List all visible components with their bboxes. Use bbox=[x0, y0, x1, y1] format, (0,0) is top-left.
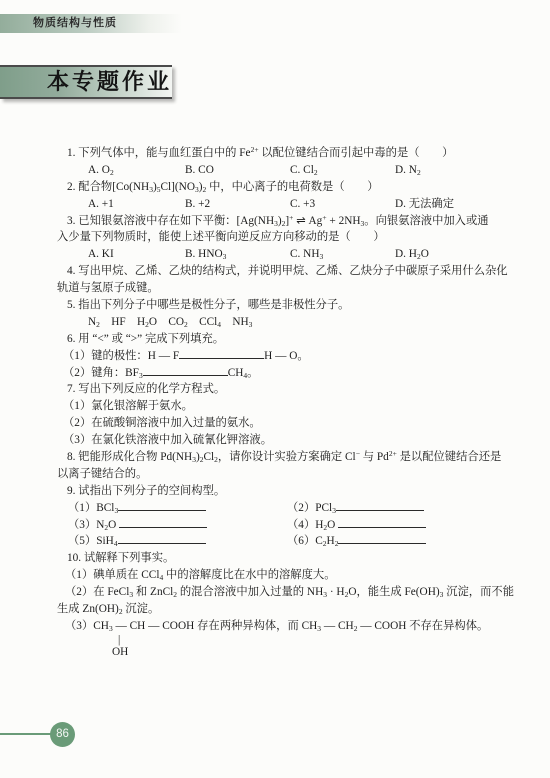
q10-structure-bond: | bbox=[57, 635, 517, 645]
text-segment: （2）PCl bbox=[287, 502, 332, 514]
superscript: 2+ bbox=[389, 449, 397, 458]
text-segment: H bbox=[327, 535, 335, 547]
q9-row1: （1）BCl3（2）PCl3 bbox=[57, 500, 517, 517]
q7-item1: （1）氯化银溶解于氨水。 bbox=[57, 398, 517, 415]
q10-item2b: 生成 Zn(OH)2 沉淀。 bbox=[57, 601, 517, 618]
text-segment: N bbox=[88, 316, 96, 328]
q9-line1: 9. 试指出下列分子的空间构型。 bbox=[57, 483, 517, 500]
text-segment: 中的溶解度比在水中的溶解度大。 bbox=[163, 569, 335, 581]
text-segment: B. HNO bbox=[185, 248, 223, 260]
text-segment: 以离子键结合的。 bbox=[57, 468, 147, 480]
text-segment: D. N bbox=[395, 164, 417, 176]
text-segment: — COOH 不存在异构体。 bbox=[357, 620, 488, 632]
page-number-badge: 86 bbox=[50, 722, 75, 747]
column-cell: D. 无法确定 bbox=[395, 196, 454, 213]
text-segment: （1）BCl bbox=[68, 502, 114, 514]
content-lines: 1. 下列气体中，能与血红蛋白中的 Fe2+ 以配位键结合而引起中毒的是（ ）A… bbox=[57, 145, 517, 659]
text-segment: ⇌ bbox=[296, 214, 305, 227]
q4-line1: 4. 写出甲烷、乙烯、乙炔的结构式，并说明甲烷、乙烯、乙炔分子中碳原子采用什么杂… bbox=[57, 263, 517, 280]
text-segment: 9. 试指出下列分子的空间构型。 bbox=[67, 485, 225, 497]
text-segment: （2）键角：BF bbox=[63, 367, 139, 379]
text-segment: A. KI bbox=[88, 248, 114, 260]
q8-line2: 以离子键结合的。 bbox=[57, 466, 517, 483]
text-segment: （1）氯化银溶解于氨水。 bbox=[63, 400, 193, 412]
text-segment: （5）SiH bbox=[68, 535, 114, 547]
text-segment: ，请你设计实验方案确定 Cl bbox=[218, 451, 356, 463]
q7-item2: （2）在硫酸铜溶液中加入过量的氨水。 bbox=[57, 415, 517, 432]
text-segment: （3）在氯化铁溶液中加入硫氰化钾溶液。 bbox=[63, 434, 272, 446]
q5-line1: 5. 指出下列分子中哪些是极性分子，哪些是非极性分子。 bbox=[57, 297, 517, 314]
text-segment: 与 Pd bbox=[360, 451, 389, 463]
text-segment: 轨道与氢原子成键。 bbox=[57, 282, 159, 294]
q3-options: A. KIB. HNO3C. NH3D. H2O bbox=[57, 246, 517, 263]
text-segment: 和 ZnCl bbox=[133, 586, 173, 598]
q6-item1: （1）键的极性：H — FH — O。 bbox=[57, 348, 517, 365]
q10-line1: 10. 试解释下列事实。 bbox=[57, 550, 517, 567]
text-segment: HF H bbox=[100, 316, 145, 328]
text-segment: NH bbox=[221, 316, 249, 328]
q10-structure-oh: OH bbox=[57, 645, 517, 659]
q8-line1: 8. 钯能形成化合物 Pd(NH3)2Cl2，请你设计实验方案确定 Cl− 与 … bbox=[57, 449, 517, 466]
column-cell: A. +1 bbox=[88, 196, 114, 213]
column-cell: B. CO bbox=[185, 162, 214, 179]
section-title: 本专题作业 bbox=[0, 67, 172, 96]
q5-formulas: N2 HF H2O CO2 CCl4 NH3 bbox=[57, 314, 517, 331]
text-segment: 7. 写出下列反应的化学方程式。 bbox=[67, 383, 225, 395]
text-segment: （2）在 FeCl bbox=[65, 586, 129, 598]
column-cell: B. +2 bbox=[185, 196, 210, 213]
text-segment: 。向银氨溶液中加入或通 bbox=[364, 215, 488, 227]
subscript: 2 bbox=[314, 168, 318, 177]
q3-line2: 入少量下列物质时，能使上述平衡向逆反应方向移动的是（ ） bbox=[57, 229, 517, 246]
column-cell: （5）SiH4 bbox=[68, 533, 206, 550]
fill-in-blank bbox=[118, 541, 206, 544]
column-cell: C. +3 bbox=[290, 196, 315, 213]
subscript: 2 bbox=[110, 168, 114, 177]
text-segment: H — O。 bbox=[264, 350, 309, 362]
text-segment: — CH — COOH 存在两种异构体，而 CH bbox=[113, 620, 318, 632]
q7-line1: 7. 写出下列反应的化学方程式。 bbox=[57, 381, 517, 398]
text-segment: D. 无法确定 bbox=[395, 198, 454, 210]
q1-options: A. O2B. COC. Cl2D. N2 bbox=[57, 162, 517, 179]
column-cell: （2）PCl3 bbox=[287, 500, 424, 517]
text-segment: A. O bbox=[88, 164, 110, 176]
superscript: 2+ bbox=[251, 145, 259, 154]
fill-in-blank bbox=[179, 356, 264, 359]
q1-line1: 1. 下列气体中，能与血红蛋白中的 Fe2+ 以配位键结合而引起中毒的是（ ） bbox=[57, 145, 517, 162]
text-segment: （3）CH bbox=[65, 620, 109, 632]
page: { "header": { "chapter": "物质结构与性质", "sec… bbox=[0, 0, 550, 778]
subscript: 2 bbox=[417, 168, 421, 177]
text-segment: 生成 Zn(OH) bbox=[57, 603, 119, 615]
text-segment: O，能生成 Fe(OH) bbox=[348, 586, 439, 598]
section-title-bar: 本专题作业 bbox=[0, 65, 172, 99]
column-cell: （4）H2O bbox=[287, 517, 426, 534]
text-segment: O bbox=[421, 248, 429, 260]
text-segment: 以配位键结合而引起中毒的是（ ） bbox=[259, 147, 454, 159]
text-segment: A. +1 bbox=[88, 198, 114, 210]
text-segment: 沉淀，而不能 bbox=[443, 586, 514, 598]
q10-item1: （1）碘单质在 CCl4 中的溶解度比在水中的溶解度大。 bbox=[57, 567, 517, 584]
text-segment: 5. 指出下列分子中哪些是极性分子，哪些是非极性分子。 bbox=[67, 299, 349, 311]
text-segment: B. +2 bbox=[185, 198, 210, 210]
fill-in-blank bbox=[118, 508, 206, 511]
q3-line1: 3. 已知银氨溶液中存在如下平衡：[Ag(NH3)2]+ ⇌ Ag+ + 2NH… bbox=[57, 213, 517, 230]
text-segment: — CH bbox=[321, 620, 354, 632]
text-segment: 2. 配合物[Co(NH bbox=[67, 181, 149, 193]
text-segment: B. CO bbox=[185, 164, 214, 176]
q7-item3: （3）在氯化铁溶液中加入硫氰化钾溶液。 bbox=[57, 432, 517, 449]
chapter-title: 物质结构与性质 bbox=[0, 14, 182, 33]
q6-line1: 6. 用 “<” 或 “>” 完成下列填充。 bbox=[57, 331, 517, 348]
column-cell: C. NH3 bbox=[290, 246, 323, 263]
text-segment: （4）H bbox=[287, 519, 323, 531]
text-segment: Ag bbox=[306, 215, 323, 227]
fill-in-blank bbox=[119, 525, 207, 528]
column-cell: （3）N2O bbox=[68, 517, 207, 534]
q6-item2: （2）键角：BF3CH4。 bbox=[57, 365, 517, 382]
text-segment: O bbox=[327, 519, 338, 531]
text-segment: Cl](NO bbox=[160, 181, 195, 193]
text-segment: 8. 钯能形成化合物 Pd(NH bbox=[67, 451, 192, 463]
column-cell: （6）C2H2 bbox=[287, 533, 426, 550]
text-segment: + 2NH bbox=[327, 215, 361, 227]
text-segment: 4. 写出甲烷、乙烯、乙炔的结构式，并说明甲烷、乙烯、乙炔分子中碳原子采用什么杂… bbox=[67, 265, 508, 277]
fill-in-blank bbox=[336, 508, 424, 511]
text-segment: （1）碘单质在 CCl bbox=[65, 569, 159, 581]
subscript: 3 bbox=[320, 252, 324, 261]
column-cell: （1）BCl3 bbox=[68, 500, 206, 517]
footer-rule-line bbox=[0, 733, 52, 735]
column-cell: D. N2 bbox=[395, 162, 421, 179]
text-segment: Cl bbox=[203, 451, 214, 463]
text-segment: 。 bbox=[247, 367, 258, 379]
fill-in-blank bbox=[338, 525, 426, 528]
chapter-header-bar: 物质结构与性质 bbox=[0, 14, 182, 33]
text-segment: CH bbox=[228, 367, 244, 379]
q9-row3: （5）SiH4（6）C2H2 bbox=[57, 533, 517, 550]
column-cell: C. Cl2 bbox=[290, 162, 318, 179]
text-segment: · H bbox=[327, 586, 345, 598]
text-segment: C. NH bbox=[290, 248, 320, 260]
q9-row2: （3）N2O （4）H2O bbox=[57, 517, 517, 534]
text-segment: 中，中心离子的电荷数是（ ） bbox=[206, 181, 378, 193]
text-segment: CCl bbox=[188, 316, 218, 328]
fill-in-blank bbox=[143, 373, 228, 376]
q10-item2a: （2）在 FeCl3 和 ZnCl2 的混合溶液中加入过量的 NH3 · H2O… bbox=[57, 584, 517, 601]
q2-line1: 2. 配合物[Co(NH3)5Cl](NO3)2 中，中心离子的电荷数是（ ） bbox=[57, 179, 517, 196]
text-segment: 1. 下列气体中，能与血红蛋白中的 Fe bbox=[67, 147, 251, 159]
text-segment: O bbox=[108, 519, 119, 531]
text-segment: 入少量下列物质时，能使上述平衡向逆反应方向移动的是（ ） bbox=[57, 231, 385, 243]
text-segment: （2）在硫酸铜溶液中加入过量的氨水。 bbox=[63, 417, 261, 429]
text-segment: 10. 试解释下列事实。 bbox=[67, 552, 174, 564]
text-segment: O CO bbox=[149, 316, 184, 328]
column-cell: A. O2 bbox=[88, 162, 114, 179]
text-segment: 6. 用 “<” 或 “>” 完成下列填充。 bbox=[67, 333, 224, 345]
text-segment: 沉淀。 bbox=[123, 603, 160, 615]
subscript: 3 bbox=[223, 252, 227, 261]
q2-options: A. +1B. +2C. +3D. 无法确定 bbox=[57, 196, 517, 213]
q4-line2: 轨道与氢原子成键。 bbox=[57, 280, 517, 297]
text-segment: （6）C bbox=[287, 535, 323, 547]
subscript: 3 bbox=[249, 320, 253, 329]
text-segment: （3）N bbox=[68, 519, 104, 531]
text-segment: （1）键的极性：H — F bbox=[63, 350, 179, 362]
text-segment: D. H bbox=[395, 248, 417, 260]
column-cell: A. KI bbox=[88, 246, 114, 263]
fill-in-blank bbox=[338, 541, 426, 544]
column-cell: D. H2O bbox=[395, 246, 429, 263]
text-segment: 的混合溶液中加入过量的 NH bbox=[177, 586, 323, 598]
column-cell: B. HNO3 bbox=[185, 246, 226, 263]
text-segment: C. +3 bbox=[290, 198, 315, 210]
text-segment: OH bbox=[112, 646, 128, 658]
text-segment: 是以配位键结合还是 bbox=[397, 451, 502, 463]
q10-item3: （3）CH3 — CH — COOH 存在两种异构体，而 CH3 — CH2 —… bbox=[57, 618, 517, 635]
text-segment: C. Cl bbox=[290, 164, 314, 176]
text-segment: 3. 已知银氨溶液中存在如下平衡：[Ag(NH bbox=[67, 215, 274, 227]
